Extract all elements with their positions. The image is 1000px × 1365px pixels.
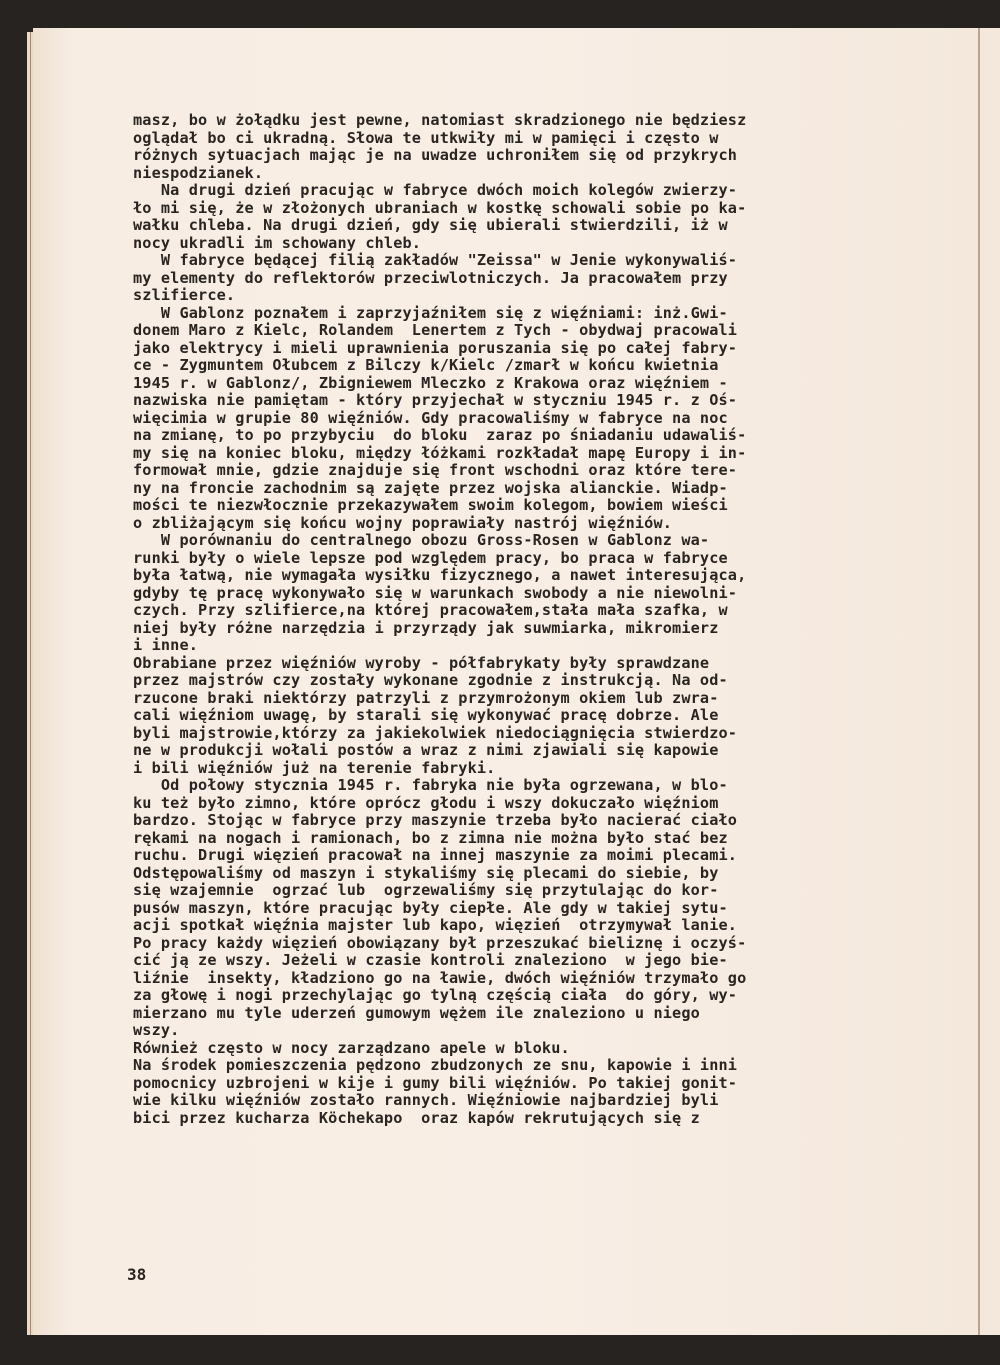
text-line: wie kilku więźniów zostało rannych. Więź… bbox=[133, 1092, 923, 1110]
text-line: Na środek pomieszczenia pędzono zbudzony… bbox=[133, 1057, 923, 1075]
text-line: Odstępowaliśmy od maszyn i stykaliśmy si… bbox=[133, 865, 923, 883]
text-line: my elementy do reflektorów przeciwlotnic… bbox=[133, 270, 923, 288]
text-line: różnych sytuacjach mając je na uwadze uc… bbox=[133, 147, 923, 165]
text-line: gdyby tę pracę wykonywało się w warunkac… bbox=[133, 585, 923, 603]
text-line: Od połowy stycznia 1945 r. fabryka nie b… bbox=[133, 777, 923, 795]
text-line: i bili więźniów już na terenie fabryki. bbox=[133, 760, 923, 778]
text-line: niespodzianek. bbox=[133, 165, 923, 183]
text-line: Również często w nocy zarządzano apele w… bbox=[133, 1040, 923, 1058]
text-line: wałku chleba. Na drugi dzień, gdy się ub… bbox=[133, 217, 923, 235]
text-line: acji spotkał więźnia majster lub kapo, w… bbox=[133, 917, 923, 935]
text-line: rękami na nogach i ramionach, bo z zimna… bbox=[133, 830, 923, 848]
text-line: nazwiska nie pamiętam - który przyjechał… bbox=[133, 392, 923, 410]
text-line: cić ją ze wszy. Jeżeli w czasie kontroli… bbox=[133, 952, 923, 970]
text-line: W porównaniu do centralnego obozu Gross-… bbox=[133, 532, 923, 550]
text-line: i inne. bbox=[133, 637, 923, 655]
text-line: bici przez kucharza Köchekapo oraz kapów… bbox=[133, 1110, 923, 1128]
page-number: 38 bbox=[127, 1265, 146, 1284]
text-line: masz, bo w żołądku jest pewne, natomiast… bbox=[133, 112, 923, 130]
text-line: mierzano mu tyle uderzeń gumowym wężem i… bbox=[133, 1005, 923, 1023]
text-line: na zmianę, to po przybyciu do bloku zara… bbox=[133, 427, 923, 445]
text-line: ku też było zimno, które oprócz głodu i … bbox=[133, 795, 923, 813]
text-line: o zbliżającym się końcu wojny poprawiały… bbox=[133, 515, 923, 533]
text-line: szlifierce. bbox=[133, 287, 923, 305]
text-line: rzucone braki niektórzy patrzyli z przym… bbox=[133, 690, 923, 708]
text-line: pomocnicy uzbrojeni w kije i gumy bili w… bbox=[133, 1075, 923, 1093]
text-line: Na drugi dzień pracując w fabryce dwóch … bbox=[133, 182, 923, 200]
text-line: wszy. bbox=[133, 1022, 923, 1040]
text-line: za głowę i nogi przechylając go tylną cz… bbox=[133, 987, 923, 1005]
text-line: się wzajemnie ogrzać lub ogrzewaliśmy si… bbox=[133, 882, 923, 900]
text-line: my się na koniec bloku, między łóżkami r… bbox=[133, 445, 923, 463]
text-line: byli majstrowie,którzy za jakiekolwiek n… bbox=[133, 725, 923, 743]
text-line: W Gablonz poznałem i zaprzyjaźniłem się … bbox=[133, 305, 923, 323]
text-line: bardzo. Stojąc w fabryce przy maszynie t… bbox=[133, 812, 923, 830]
text-line: była łatwą, nie wymagała wysiłku fizyczn… bbox=[133, 567, 923, 585]
text-line: Po pracy każdy więzień obowiązany był pr… bbox=[133, 935, 923, 953]
text-line: ce - Zygmuntem Ołubcem z Bilczy k/Kielc … bbox=[133, 357, 923, 375]
text-line: ny na froncie zachodnim są zajęte przez … bbox=[133, 480, 923, 498]
body-text: masz, bo w żołądku jest pewne, natomiast… bbox=[133, 112, 923, 1127]
text-line: 1945 r. w Gablonz/, Zbigniewem Mleczko z… bbox=[133, 375, 923, 393]
text-line: niej były różne narzędzia i przyrządy ja… bbox=[133, 620, 923, 638]
text-line: ruchu. Drugi więzień pracował na innej m… bbox=[133, 847, 923, 865]
text-line: ne w produkcji wołali postów a wraz z ni… bbox=[133, 742, 923, 760]
text-line: W fabryce będącej filią zakładów "Zeissa… bbox=[133, 252, 923, 270]
text-line: jako elektrycy i mieli uprawnienia porus… bbox=[133, 340, 923, 358]
text-line: runki były o wiele lepsze pod względem p… bbox=[133, 550, 923, 568]
text-line: czych. Przy szlifierce,na której pracowa… bbox=[133, 602, 923, 620]
text-line: oglądał bo ci ukradną. Słowa te utkwiły … bbox=[133, 130, 923, 148]
text-line: cali więźniom uwagę, by starali się wyko… bbox=[133, 707, 923, 725]
text-line: więcimia w grupie 80 więźniów. Gdy praco… bbox=[133, 410, 923, 428]
text-line: liźnie insekty, kładziono go na ławie, d… bbox=[133, 970, 923, 988]
text-line: donem Maro z Kielc, Rolandem Lenertem z … bbox=[133, 322, 923, 340]
text-line: nocy ukradli im schowany chleb. bbox=[133, 235, 923, 253]
text-line: formował mnie, gdzie znajduje się front … bbox=[133, 462, 923, 480]
text-line: Obrabiane przez więźniów wyroby - półfab… bbox=[133, 655, 923, 673]
text-line: przez majstrów czy zostały wykonane zgod… bbox=[133, 672, 923, 690]
text-line: mości te niezwłocznie przekazywałem swoi… bbox=[133, 497, 923, 515]
gutter-line bbox=[978, 28, 980, 1335]
text-line: pusów maszyn, które pracując były ciepłe… bbox=[133, 900, 923, 918]
text-line: ło mi się, że w złożonych ubraniach w ko… bbox=[133, 200, 923, 218]
